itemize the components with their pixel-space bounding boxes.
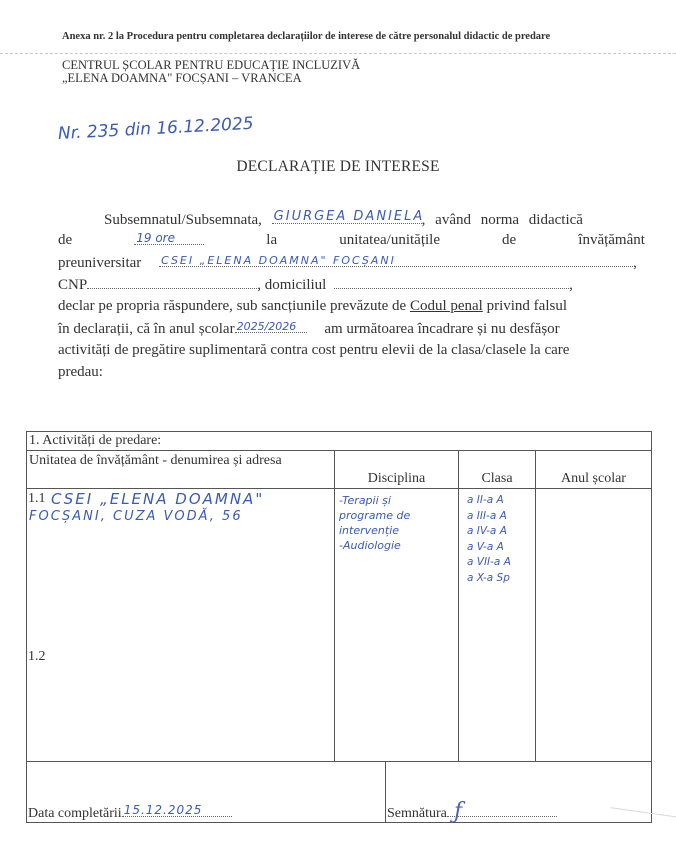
class-line-1: a II-a A (467, 493, 511, 509)
declaration-line-8: predau: (58, 364, 103, 381)
school-year-cell[interactable] (535, 489, 651, 761)
am-urmatoarea-text: am următoarea încadrare și nu desfășor (324, 321, 559, 337)
privind-falsul-text: privind falsul (487, 298, 567, 314)
comma: , (633, 255, 637, 271)
de-label-2: de (502, 232, 516, 249)
declar-text: declar pe propria răspundere, sub sancți… (58, 298, 406, 314)
column-header-unit: Unitatea de învățământ - denumirea și ad… (27, 451, 334, 488)
table-row: 1.1 CSEI „ELENA DOAMNA" FOCȘANI, CUZA VO… (27, 488, 651, 761)
discipline-line-2: programe de (339, 508, 410, 523)
class-line-5: a VII-a A (467, 555, 511, 571)
unit-value: CSEI „ELENA DOAMNA" FOCȘANI (161, 254, 396, 267)
norma-value: 19 ore (136, 231, 175, 245)
domiciliul-label: , domiciliul (257, 277, 326, 293)
registration-number: Nr. 235 din 16.12.2025 (57, 114, 254, 144)
cnp-label: CNP (58, 277, 87, 293)
class-handwriting: a II-a A a III-a A a IV-a A a V-a A a VI… (467, 493, 511, 586)
institution-name-line2: „ELENA DOAMNA" FOCȘANI – VRANCEA (62, 71, 302, 86)
unit-field[interactable]: CSEI „ELENA DOAMNA" FOCȘANI (159, 254, 633, 267)
declaration-line-1: Subsemnatul/Subsemnata, GIURGEA DANIELA,… (104, 211, 583, 229)
column-header-class: Clasa (458, 451, 535, 488)
class-line-6: a X-a Sp (467, 571, 511, 587)
declaration-line-7: activități de pregătire suplimentară con… (58, 342, 569, 359)
date-field[interactable]: 15.12.2025 (122, 804, 232, 817)
class-cell[interactable]: a II-a A a III-a A a IV-a A a V-a A a VI… (458, 489, 535, 761)
subsemnatul-label: Subsemnatul/Subsemnata, (104, 212, 262, 228)
unit-line-2: FOCȘANI, CUZA VODĂ, 56 (29, 508, 264, 526)
name-field[interactable]: GIURGEA DANIELA (272, 211, 422, 224)
date-completed: Data completării15.12.2025 (28, 804, 232, 822)
discipline-line-1: -Terapii și (339, 493, 410, 508)
signature-label: Semnătura (387, 806, 447, 821)
cnp-field[interactable] (87, 276, 257, 289)
signature: Semnătura (387, 804, 557, 822)
header-divider (0, 53, 676, 54)
signature-field[interactable] (447, 804, 557, 817)
date-value: 15.12.2025 (124, 803, 203, 817)
signature-scribble: ƒ (454, 799, 462, 824)
class-line-4: a V-a A (467, 540, 511, 556)
codul-penal-link[interactable]: Codul penal (410, 298, 483, 314)
de-label: de (58, 232, 72, 249)
table-section-row: 1. Activități de predare: (27, 432, 651, 450)
activities-table: 1. Activități de predare: Unitatea de în… (26, 431, 652, 823)
discipline-line-4: -Audiologie (339, 538, 410, 553)
declaration-line-2: de 19 ore la unitatea/unitățile de învăț… (58, 232, 645, 249)
invatamant-label: învățământ (578, 232, 645, 249)
declaration-line-6: în declarații, că în anul școlar2025/202… (58, 320, 560, 338)
norma-field[interactable]: 19 ore (134, 232, 204, 245)
date-cell: Data completării15.12.2025 (27, 762, 386, 822)
preuniversitar-label: preuniversitar (58, 255, 141, 271)
annex-header: Anexa nr. 2 la Procedura pentru completa… (62, 31, 550, 42)
declaration-line-3: preuniversitar CSEI „ELENA DOAMNA" FOCȘA… (58, 254, 637, 272)
signature-cell: Semnătura ƒ (386, 762, 651, 822)
declaration-line-4: CNP, domiciliul , (58, 276, 573, 294)
class-line-3: a IV-a A (467, 524, 511, 540)
school-year-field[interactable]: 2025/2026 (235, 320, 307, 333)
unit-line-1: CSEI „ELENA DOAMNA" (51, 490, 264, 508)
declaration-line-5: declar pe propria răspundere, sub sancți… (58, 298, 567, 315)
entry-label-1-2: 1.2 (28, 649, 46, 665)
domiciliul-field[interactable] (334, 276, 569, 289)
in-declaratii-text: în declarații, că în anul școlar (58, 321, 235, 337)
school-year-value: 2025/2026 (237, 320, 297, 333)
date-label: Data completării (28, 806, 122, 821)
avand-norma-label: , având norma didactică (422, 212, 583, 228)
discipline-line-3: intervenție (339, 523, 410, 538)
unit-cell[interactable]: 1.1 CSEI „ELENA DOAMNA" FOCȘANI, CUZA VO… (27, 489, 334, 761)
discipline-cell[interactable]: -Terapii și programe de intervenție -Aud… (334, 489, 458, 761)
section-title: 1. Activități de predare: (27, 432, 651, 450)
discipline-handwriting: -Terapii și programe de intervenție -Aud… (339, 493, 410, 553)
table-footer-row: Data completării15.12.2025 Semnătura ƒ (27, 761, 651, 822)
document-title: DECLARAȚIE DE INTERESE (0, 158, 676, 176)
unitatea-label: unitatea/unitățile (339, 232, 440, 249)
la-label: la (266, 232, 277, 249)
unit-handwriting: CSEI „ELENA DOAMNA" FOCȘANI, CUZA VODĂ, … (51, 490, 264, 526)
entry-label-1-1: 1.1 (28, 491, 46, 507)
class-line-2: a III-a A (467, 509, 511, 525)
column-header-discipline: Disciplina (334, 451, 458, 488)
name-value: GIURGEA DANIELA (274, 209, 425, 224)
column-header-school-year: Anul școlar (535, 451, 651, 488)
table-header-row: Unitatea de învățământ - denumirea și ad… (27, 450, 651, 488)
